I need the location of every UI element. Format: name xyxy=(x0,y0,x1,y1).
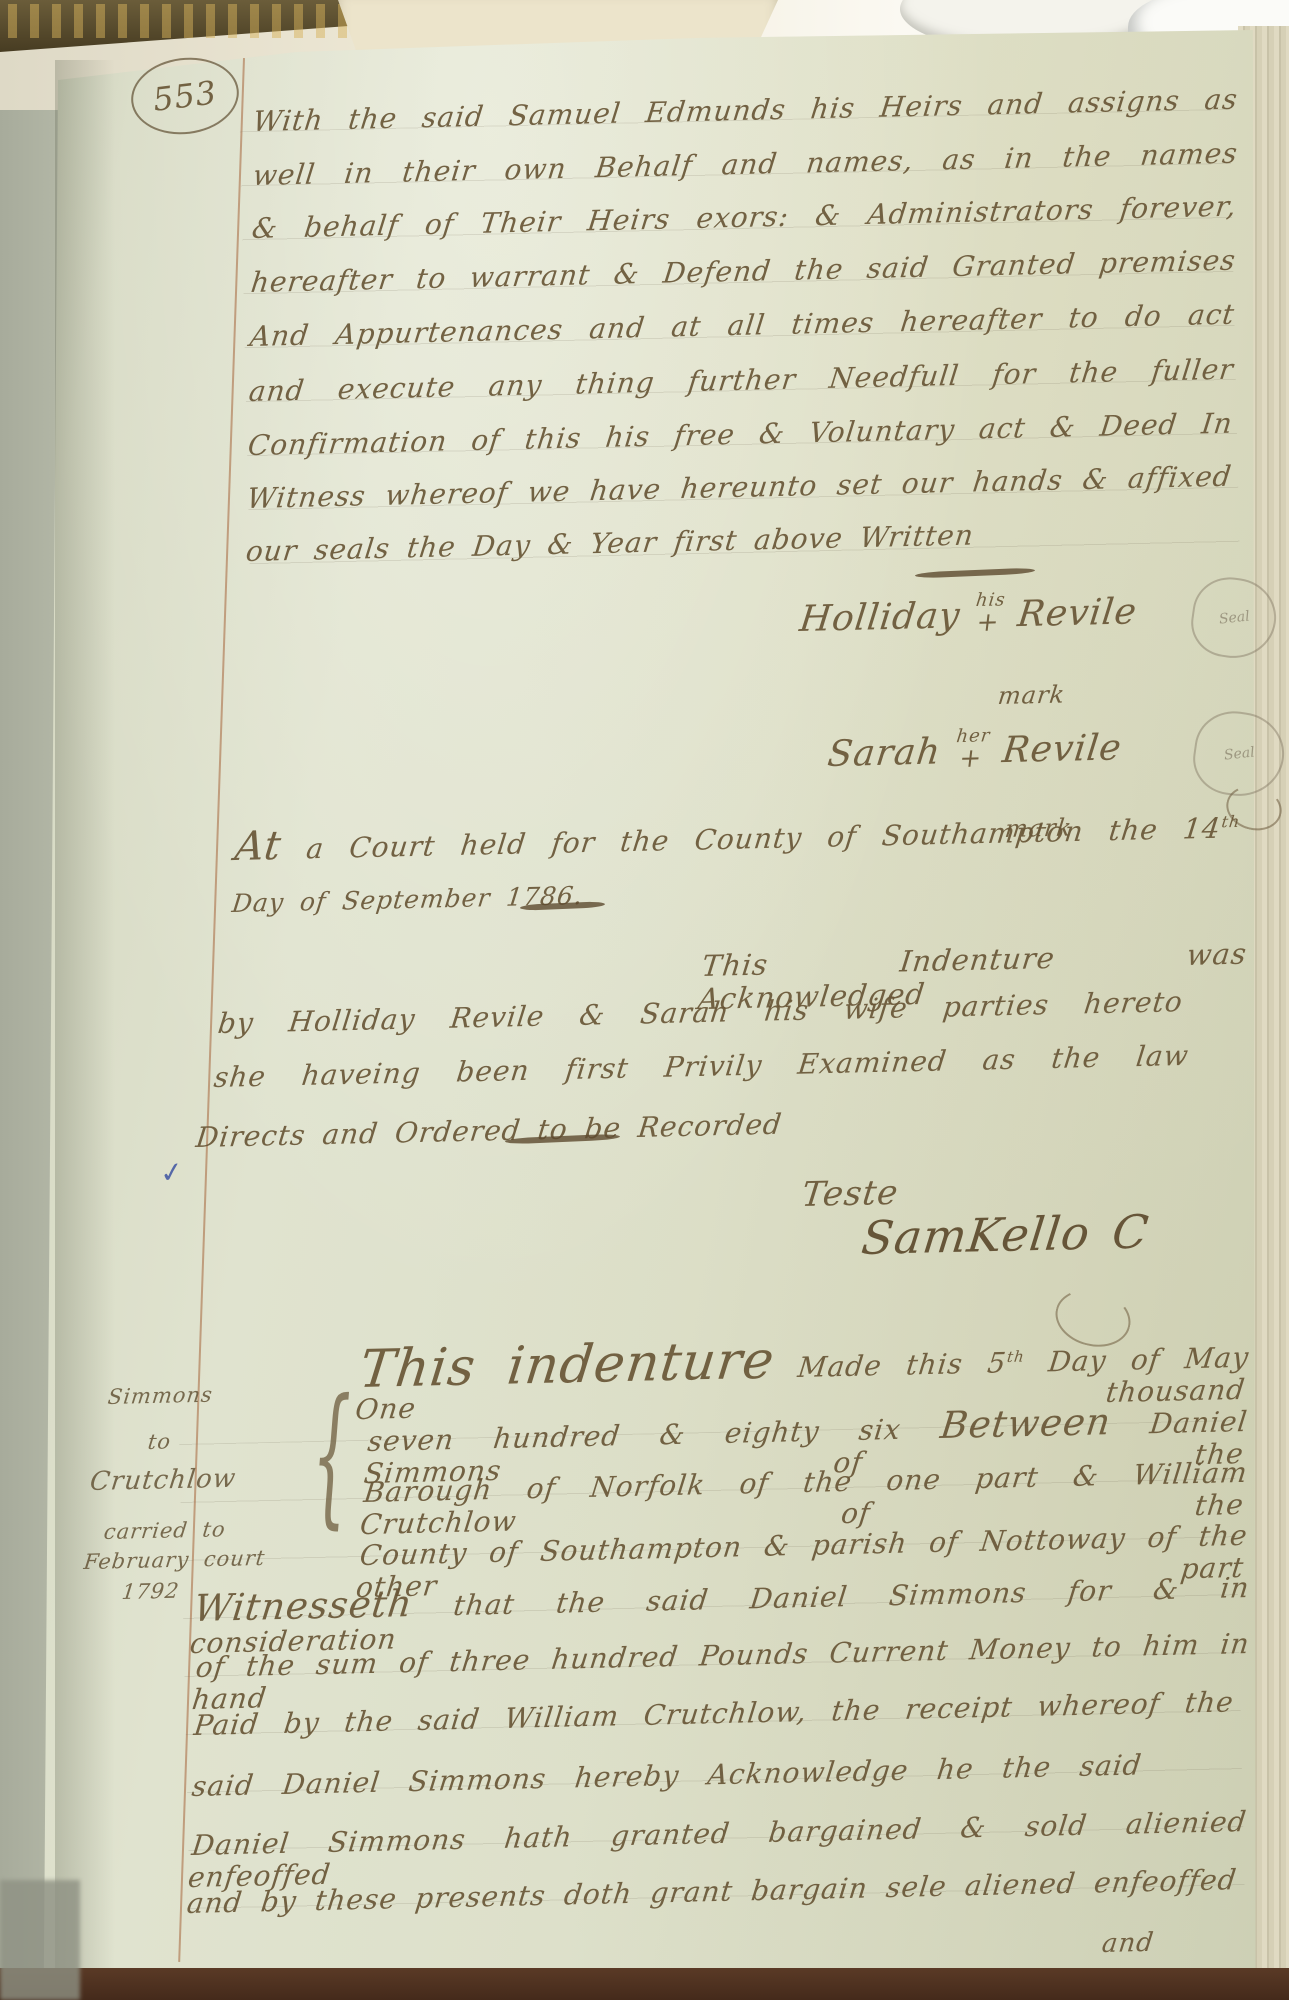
teste-label: Teste xyxy=(800,1174,901,1215)
blue-checkmark: ✓ xyxy=(158,1155,186,1191)
seal-label: Seal xyxy=(1218,608,1250,627)
signature-cross-block: her + xyxy=(952,727,991,772)
signature-cross-block: his + xyxy=(972,591,1007,636)
page-number: 553 xyxy=(151,74,219,118)
signer-last-name: Revile xyxy=(1015,591,1139,635)
court-at-initial: At xyxy=(233,823,285,870)
margin-note-court: February court xyxy=(83,1546,267,1574)
photo-of-deed-book-page: 553 With the said Samuel Edmunds his Hei… xyxy=(0,0,1289,2000)
page-corner-blur xyxy=(0,1880,80,2000)
seal-label: Seal xyxy=(1223,744,1255,763)
margin-note-grantee: Crutchlow xyxy=(88,1465,238,1498)
clerk-signature: SamKello C xyxy=(859,1205,1152,1265)
margin-note-carried: carried to xyxy=(103,1517,228,1544)
signature-row: Sarah her + Revile xyxy=(825,724,1124,775)
signer-last-name: Revile xyxy=(1000,727,1124,771)
gutter-shadow xyxy=(55,60,115,1970)
ordinal-suffix: th xyxy=(1006,1348,1026,1366)
signer-first-name: Sarah xyxy=(825,731,943,775)
table-edge xyxy=(0,1968,1289,2000)
signature-row: Holliday his + Revile xyxy=(797,588,1139,640)
signature-cross-mark: + xyxy=(975,609,1001,636)
margin-note-grantor: Simmons xyxy=(107,1383,215,1410)
margin-note-to: to xyxy=(147,1429,173,1454)
margin-brace: { xyxy=(312,1388,352,1524)
catchword: and xyxy=(1100,1929,1155,1960)
signer-first-name: Holliday xyxy=(797,595,962,640)
mark-label: mark xyxy=(996,681,1066,710)
signature-cross-mark: + xyxy=(958,745,984,772)
margin-note-year: 1792 xyxy=(121,1579,181,1605)
ordinal-suffix: th xyxy=(1220,812,1241,831)
